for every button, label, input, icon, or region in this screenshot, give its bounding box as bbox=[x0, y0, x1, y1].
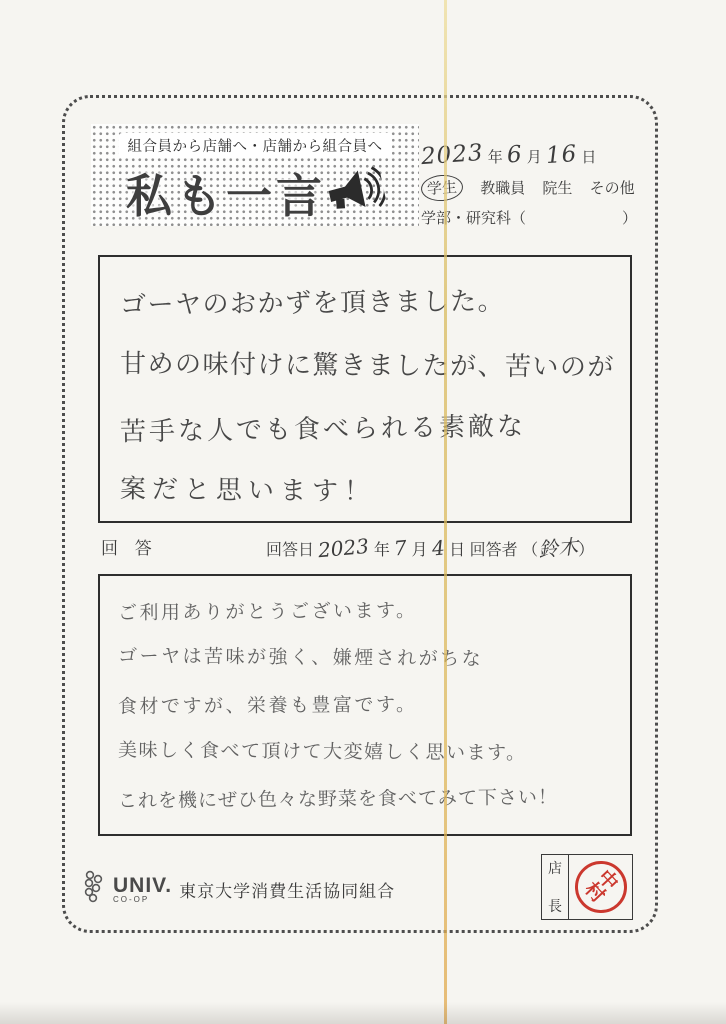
name-seal-stamp: 中 村 bbox=[574, 860, 628, 914]
answer-line: ゴーヤは苦味が強く、嫌煙されがちな bbox=[118, 633, 612, 684]
affiliation-student-circled: 学生 bbox=[420, 174, 464, 203]
affiliation-other: その他 bbox=[590, 180, 635, 197]
stamp-name: 中 村 bbox=[581, 868, 620, 907]
answer-year-label: 年 bbox=[374, 542, 390, 559]
tagline: 組合員から店舗へ・店舗から組合員へ bbox=[119, 133, 392, 158]
answer-year: 2023 bbox=[318, 534, 371, 562]
coop-organization-name: 東京大学消費生活協同組合 bbox=[179, 877, 395, 902]
department-label: 学部・研究科（ bbox=[421, 210, 526, 227]
manager-stamp-box: 店 長 中 村 bbox=[541, 854, 633, 920]
page-title: 私も一言 bbox=[126, 160, 326, 226]
responder-close-paren: ） bbox=[578, 542, 594, 559]
manager-role-char: 長 bbox=[548, 896, 562, 916]
logo-box: 組合員から店舗へ・店舗から組合員へ 私も一言 bbox=[91, 124, 419, 226]
answer-header-row: 回 答 回答日 2023 年 7 月 4 日 回答者 （鈴木） bbox=[98, 532, 632, 562]
affiliation-options: 学生 教職員 院生 その他 bbox=[421, 175, 653, 201]
department-close-paren: ） bbox=[622, 210, 637, 227]
megaphone-icon bbox=[323, 162, 388, 224]
answer-meta: 回答日 2023 年 7 月 4 日 回答者 （鈴木） bbox=[266, 532, 594, 561]
message-line: 甘めの味付けに驚きましたが、苦いのが bbox=[120, 332, 610, 398]
message-line: ゴーヤのおかずを頂きました。 bbox=[120, 268, 611, 336]
feedback-card: 組合員から店舗へ・店舗から組合員へ 私も一言 2023 年 bbox=[62, 95, 658, 933]
coop-footer: UNIV. CO-OP 東京大学消費生活協同組合 bbox=[83, 870, 395, 909]
submission-date: 2023 年 6 月 16 日 bbox=[421, 142, 653, 168]
coop-logo-text: UNIV. bbox=[113, 875, 172, 896]
answer-box: ご利用ありがとうございます。 ゴーヤは苦味が強く、嫌煙されがちな 食材ですが、栄… bbox=[98, 574, 632, 836]
paper-bottom-shadow bbox=[0, 1002, 726, 1024]
answer-line: 美味しく食べて頂けて大変嬉しく思います。 bbox=[118, 727, 612, 777]
affiliation-staff: 教職員 bbox=[480, 180, 525, 197]
paper-fold-crease bbox=[444, 0, 447, 1024]
answer-line: 食材ですが、栄養も豊富です。 bbox=[118, 680, 612, 730]
responder-label: 回答者 bbox=[470, 542, 518, 559]
handwritten-year: 2023 bbox=[420, 140, 484, 170]
univ-coop-logo-icon bbox=[83, 870, 107, 909]
month-label: 月 bbox=[527, 149, 542, 166]
coop-logo-subtext: CO-OP bbox=[113, 896, 172, 904]
manager-role-char: 店 bbox=[548, 858, 562, 878]
coop-logotype: UNIV. CO-OP bbox=[113, 875, 172, 904]
responder-name: 鈴木 bbox=[537, 530, 579, 562]
answer-section-label: 回 答 bbox=[101, 534, 158, 559]
day-label: 日 bbox=[581, 149, 596, 166]
date-block: 2023 年 6 月 16 日 学生 教職員 院生 その他 学部・研究科（） bbox=[421, 142, 653, 228]
scanned-feedback-sheet: 組合員から店舗へ・店舗から組合員へ 私も一言 2023 年 bbox=[0, 0, 726, 1024]
responder-open-paren: （ bbox=[522, 542, 538, 559]
message-line: 苦手な人でも食べられる素敵な bbox=[120, 394, 611, 464]
year-label: 年 bbox=[488, 149, 503, 166]
answer-month-label: 月 bbox=[411, 542, 427, 559]
answer-line: これを機にぜひ色々な野菜を食べてみて下さい！ bbox=[118, 774, 612, 825]
message-box: ゴーヤのおかずを頂きました。 甘めの味付けに驚きましたが、苦いのが 苦手な人でも… bbox=[98, 255, 632, 523]
affiliation-grad: 院生 bbox=[542, 180, 572, 197]
handwritten-month: 6 bbox=[506, 141, 523, 168]
manager-role-label: 店 長 bbox=[542, 855, 569, 919]
stamp-cell: 中 村 bbox=[569, 855, 632, 919]
handwritten-day: 16 bbox=[545, 141, 578, 169]
answer-date-label: 回答日 bbox=[266, 542, 314, 559]
logo-row: 私も一言 bbox=[126, 160, 384, 226]
message-line: 案だと思います！ bbox=[120, 457, 611, 523]
answer-line: ご利用ありがとうございます。 bbox=[118, 586, 612, 637]
answer-month: 7 bbox=[393, 535, 408, 560]
department-line: 学部・研究科（） bbox=[421, 207, 653, 228]
answer-day-label: 日 bbox=[449, 542, 465, 559]
